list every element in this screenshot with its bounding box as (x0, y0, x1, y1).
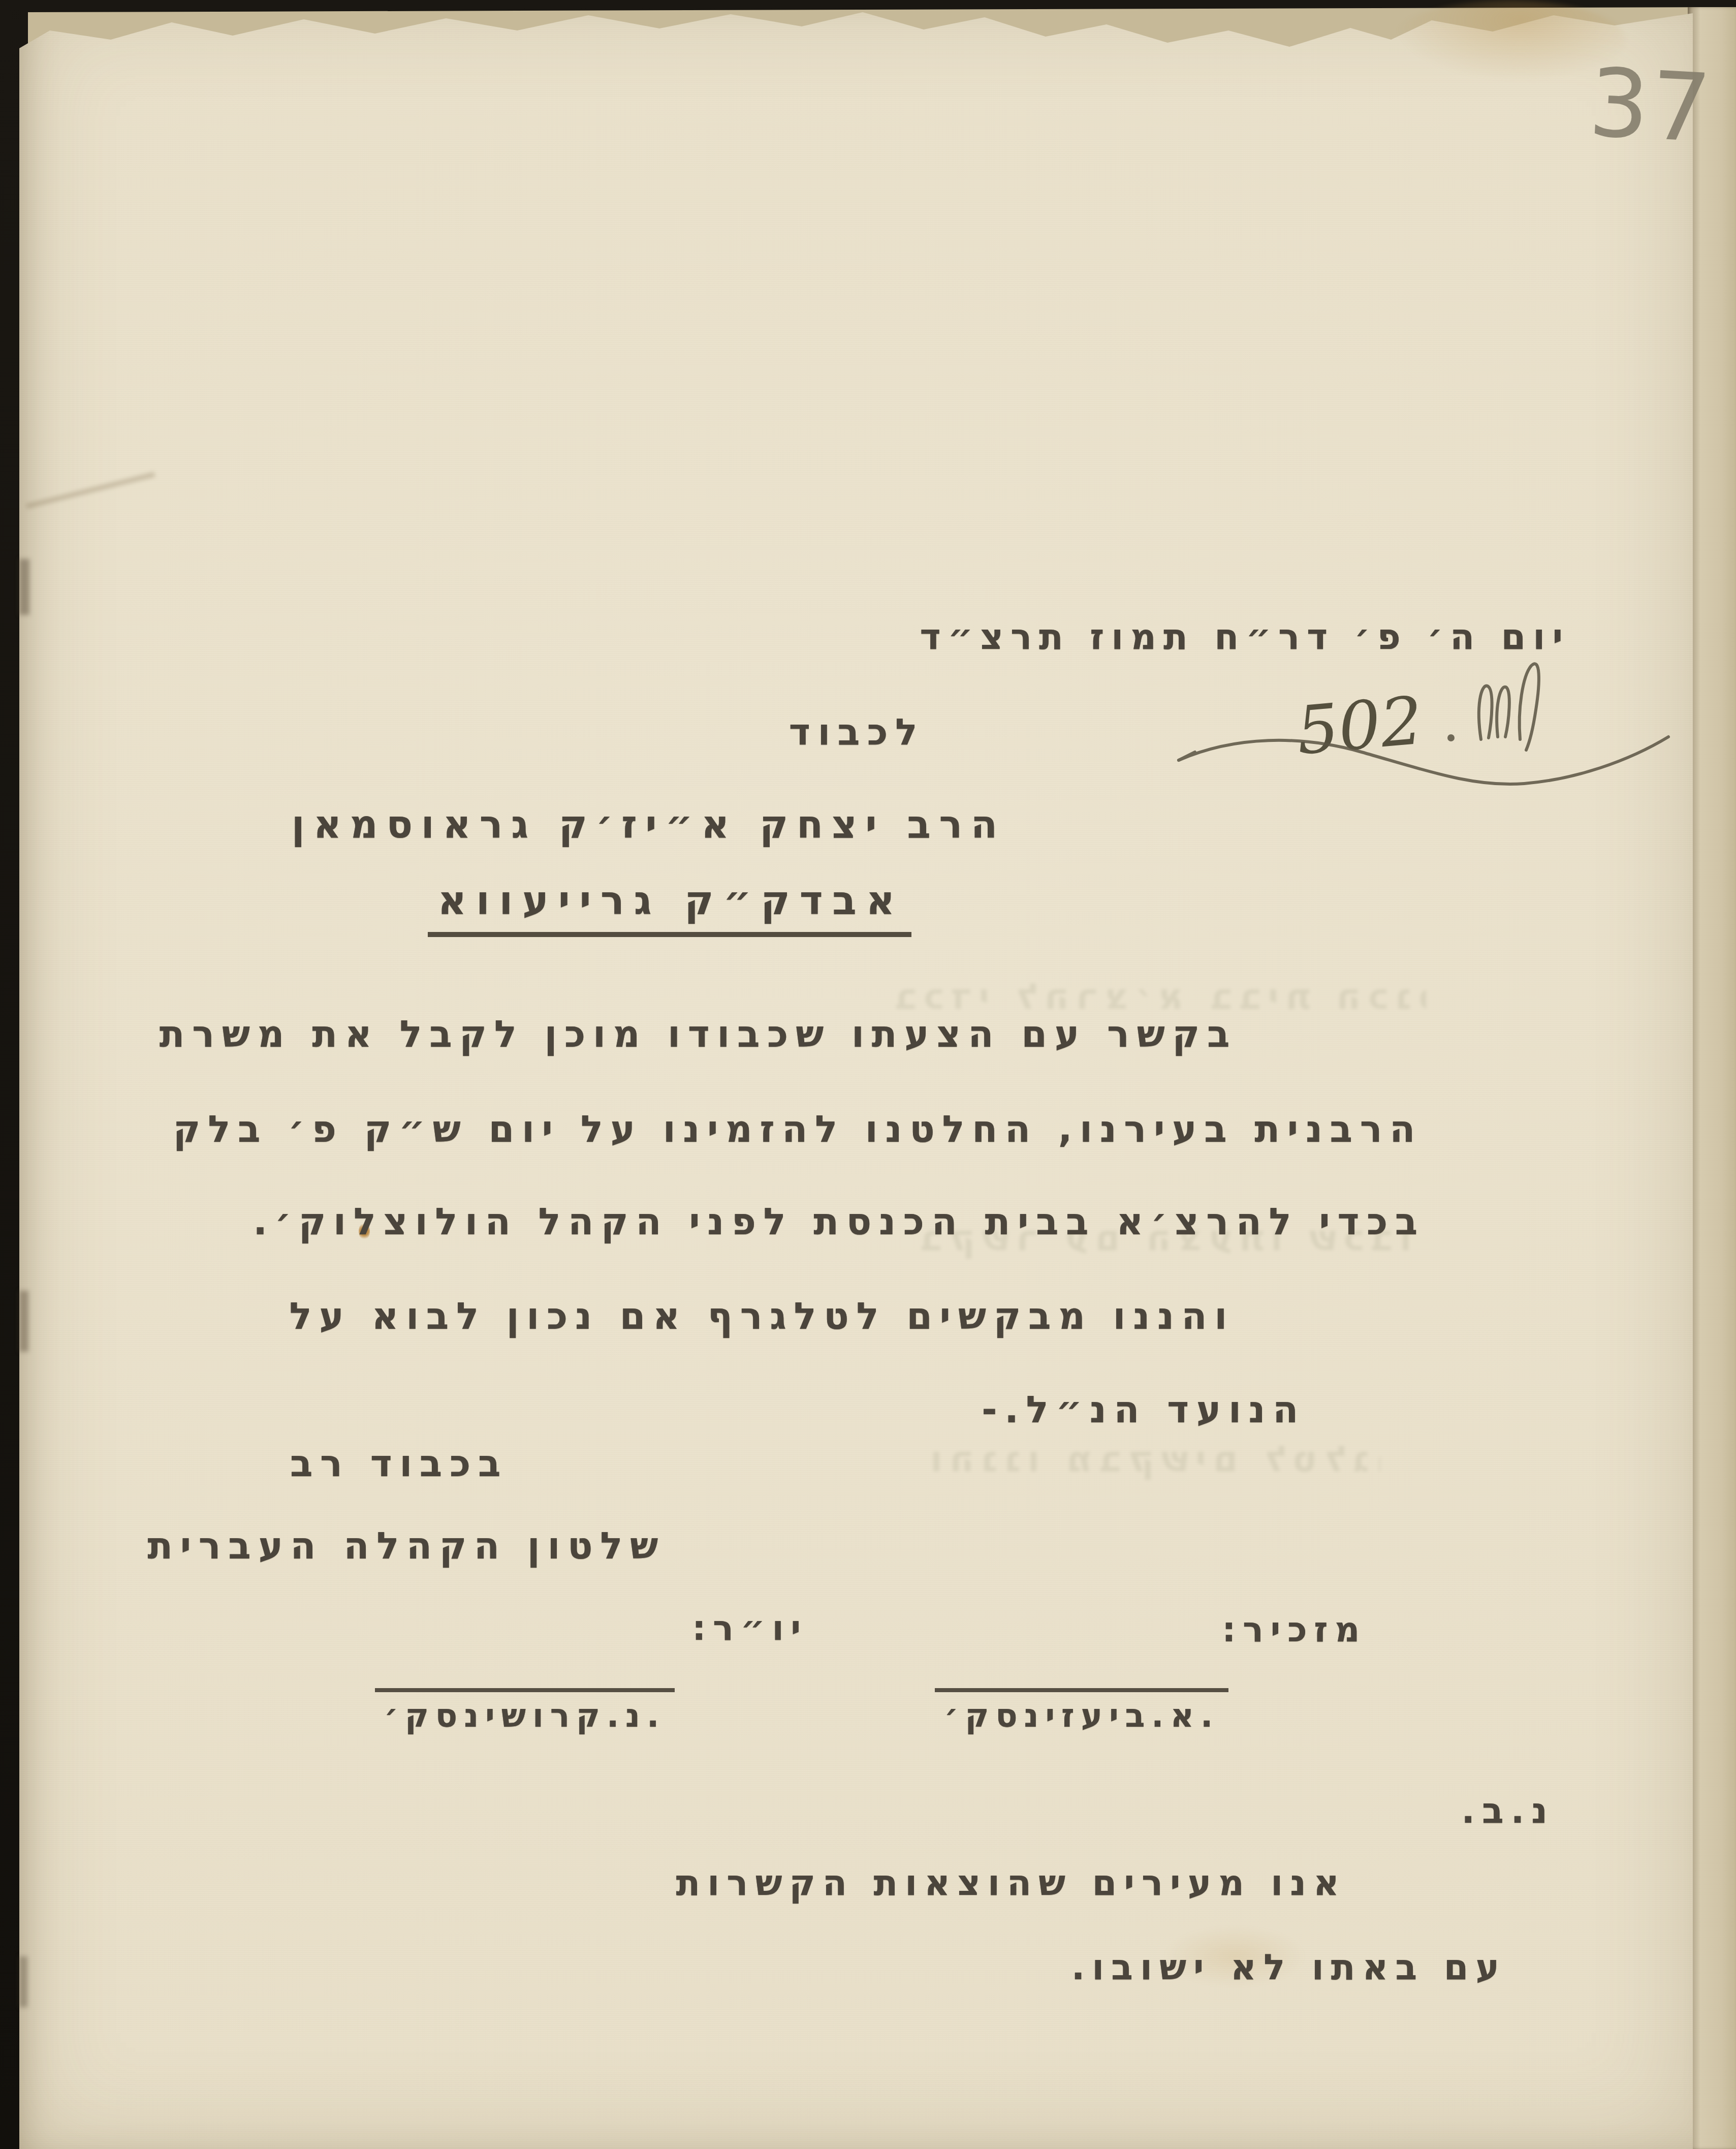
body-line: בקשר עם הצעתו שכבודו מוכן לקבל את משרת (160, 1013, 1237, 1056)
body-line: והננו מבקשים לטלגרף אם נכון לבוא על (289, 1295, 1235, 1338)
date-line: יום ה׳ פ׳ דר״ח תמוז תרצ״ד (920, 616, 1570, 658)
registry-number: 502 (1293, 681, 1426, 769)
body-line: בכדי להרצ׳א בבית הכנסת לפני הקהל הולוצלו… (253, 1200, 1425, 1243)
bleed-through-text: והננו מבקשים לטלגרף אם נכון לבוא על (923, 1438, 1380, 1502)
secretary-label: מזכיר: (1222, 1610, 1367, 1650)
closing-organization: שלטון הקהלה העברית (147, 1524, 666, 1568)
addressee-title: אבדק״ק גרייעווא (428, 878, 911, 937)
chairman-signature: .נ.קרושינסק׳ (375, 1688, 675, 1735)
body-line: הנועד הנ״ל.- (982, 1388, 1306, 1431)
paper-sheet (19, 0, 1693, 2149)
ps-line: אנו מעירים שהוצאות הקשרות (676, 1862, 1346, 1904)
closing-respect: בכבוד רב (290, 1442, 508, 1485)
salutation: לכבוד (789, 710, 925, 753)
ps-line: עם באתו לא ישובו. (1071, 1946, 1506, 1988)
secretary-signature: .א.ביעזינסק׳ (935, 1688, 1228, 1735)
scan-background: בכדי להרצ׳א בבית הכנסת לפני הקהל הולוצלו… (0, 0, 1736, 2149)
folio-number: 37 (1587, 48, 1716, 164)
addressee-name: הרב יצחק א״יז׳ק גראוסמאן (292, 802, 1006, 847)
bleed-through-line: בכדי להרצ׳א בבית הכנסת לפני הקהל הולוצלו… (888, 976, 1426, 1017)
bleed-through-line: והננו מבקשים לטלגרף אם נכון לבוא על (923, 1438, 1380, 1480)
ps-label: נ.ב. (1461, 1790, 1555, 1831)
body-line: הרבנית בעירנו, החלטנו להזמינו על יום ש״ק… (173, 1108, 1423, 1151)
second-page-edge (1688, 7, 1736, 2149)
chairman-label: יו״ר: (692, 1608, 808, 1648)
